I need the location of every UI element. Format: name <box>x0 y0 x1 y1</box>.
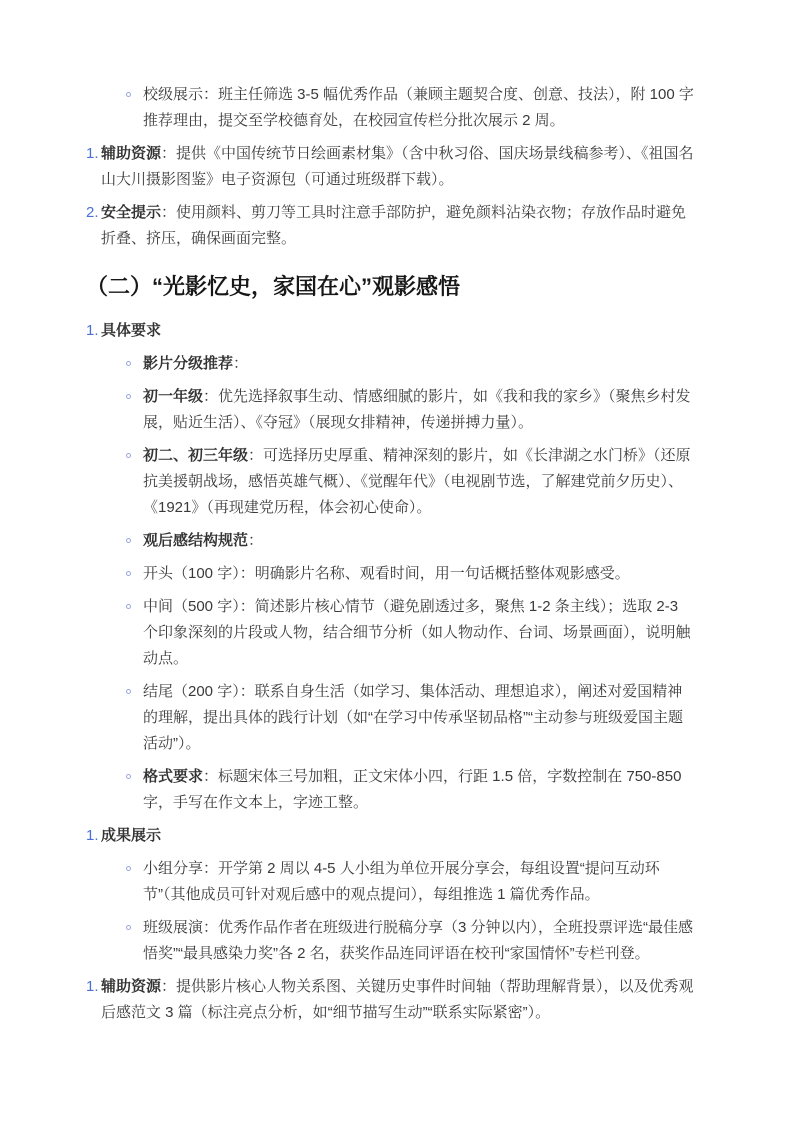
list-item-text: 中间（500 字）：简述影片核心情节（避免剧透过多，聚焦 1-2 条主线）；选取… <box>143 594 697 672</box>
document-page: 校级展示：班主任筛选 3-5 幅优秀作品（兼顾主题契合度、创意、技法），附 10… <box>0 0 793 1122</box>
list-item-opening: 开头（100 字）：明确影片名称、观看时间，用一句话概括整体观影感受。 <box>126 561 697 587</box>
list-item-text: 辅助资源：提供影片核心人物关系图、关键历史事件时间轴（帮助理解背景），以及优秀观… <box>101 974 697 1026</box>
bullet-marker <box>126 82 143 97</box>
list-item-text: 具体要求 <box>101 318 697 344</box>
bullet-icon <box>126 453 131 458</box>
bullet-icon <box>126 361 131 366</box>
bullet-marker <box>126 528 143 543</box>
bullet-marker <box>126 915 143 930</box>
list-item-text: 格式要求：标题宋体三号加粗，正文宋体小四，行距 1.5 倍，字数控制在 750-… <box>143 764 697 816</box>
bullet-icon <box>126 604 131 609</box>
list-item-text: 观后感结构规范： <box>143 528 697 554</box>
bullet-marker <box>126 764 143 779</box>
list-item-text: 结尾（200 字）：联系自身生活（如学习、集体活动、理想追求），阐述对爱国精神的… <box>143 679 697 757</box>
list-item-format-requirements: 格式要求：标题宋体三号加粗，正文宋体小四，行距 1.5 倍，字数控制在 750-… <box>126 764 697 816</box>
bullet-icon <box>126 774 131 779</box>
bullet-icon <box>126 92 131 97</box>
list-item-structure-rules: 观后感结构规范： <box>126 528 697 554</box>
list-number: 1. <box>86 318 101 344</box>
bullet-icon <box>126 394 131 399</box>
list-item-text: 成果展示 <box>101 823 697 849</box>
list-item-group-sharing: 小组分享：开学第 2 周以 4-5 人小组为单位开展分享会，每组设置“提问互动环… <box>126 856 697 908</box>
list-item-text: 安全提示：使用颜料、剪刀等工具时注意手部防护，避免颜料沾染衣物；存放作品时避免折… <box>101 200 697 252</box>
bullet-marker <box>126 856 143 871</box>
bullet-marker <box>126 443 143 458</box>
list-item-ending: 结尾（200 字）：联系自身生活（如学习、集体活动、理想追求），阐述对爱国精神的… <box>126 679 697 757</box>
list-item-grade7: 初一年级：优先选择叙事生动、情感细腻的影片，如《我和我的家乡》（聚焦乡村发展，贴… <box>126 384 697 436</box>
list-item-safety-tips: 2. 安全提示：使用颜料、剪刀等工具时注意手部防护，避免颜料沾染衣物；存放作品时… <box>86 200 697 252</box>
list-number: 1. <box>86 141 101 167</box>
bullet-icon <box>126 925 131 930</box>
bullet-marker <box>126 351 143 366</box>
list-item-text: 辅助资源：提供《中国传统节日绘画素材集》（含中秋习俗、国庆场景线稿参考）、《祖国… <box>101 141 697 193</box>
list-number: 2. <box>86 200 101 226</box>
bullet-marker <box>126 594 143 609</box>
list-item-text: 影片分级推荐： <box>143 351 697 377</box>
list-item-auxiliary-resources: 1. 辅助资源：提供《中国传统节日绘画素材集》（含中秋习俗、国庆场景线稿参考）、… <box>86 141 697 193</box>
list-item-specific-requirements: 1. 具体要求 <box>86 318 697 344</box>
bullet-marker <box>126 679 143 694</box>
list-item-text: 初二、初三年级：可选择历史厚重、精神深刻的影片，如《长津湖之水门桥》（还原抗美援… <box>143 443 697 521</box>
bullet-icon <box>126 689 131 694</box>
list-item-middle: 中间（500 字）：简述影片核心情节（避免剧透过多，聚焦 1-2 条主线）；选取… <box>126 594 697 672</box>
bullet-icon <box>126 538 131 543</box>
list-item-school-display: 校级展示：班主任筛选 3-5 幅优秀作品（兼顾主题契合度、创意、技法），附 10… <box>126 82 697 134</box>
list-item-results-display: 1. 成果展示 <box>86 823 697 849</box>
list-item-auxiliary-resources-2: 1. 辅助资源：提供影片核心人物关系图、关键历史事件时间轴（帮助理解背景），以及… <box>86 974 697 1026</box>
list-item-text: 班级展演：优秀作品作者在班级进行脱稿分享（3 分钟以内），全班投票评选“最佳感悟… <box>143 915 697 967</box>
list-item-grade8-9: 初二、初三年级：可选择历史厚重、精神深刻的影片，如《长津湖之水门桥》（还原抗美援… <box>126 443 697 521</box>
list-number: 1. <box>86 823 101 849</box>
list-item-class-performance: 班级展演：优秀作品作者在班级进行脱稿分享（3 分钟以内），全班投票评选“最佳感悟… <box>126 915 697 967</box>
list-item-text: 小组分享：开学第 2 周以 4-5 人小组为单位开展分享会，每组设置“提问互动环… <box>143 856 697 908</box>
list-item-text: 开头（100 字）：明确影片名称、观看时间，用一句话概括整体观影感受。 <box>143 561 697 587</box>
list-item-film-grading: 影片分级推荐： <box>126 351 697 377</box>
list-item-text: 校级展示：班主任筛选 3-5 幅优秀作品（兼顾主题契合度、创意、技法），附 10… <box>143 82 697 134</box>
bullet-marker <box>126 384 143 399</box>
section-heading: （二）“光影忆史，家国在心”观影感悟 <box>86 272 697 302</box>
bullet-marker <box>126 561 143 576</box>
list-number: 1. <box>86 974 101 1000</box>
list-item-text: 初一年级：优先选择叙事生动、情感细腻的影片，如《我和我的家乡》（聚焦乡村发展，贴… <box>143 384 697 436</box>
bullet-icon <box>126 571 131 576</box>
bullet-icon <box>126 866 131 871</box>
